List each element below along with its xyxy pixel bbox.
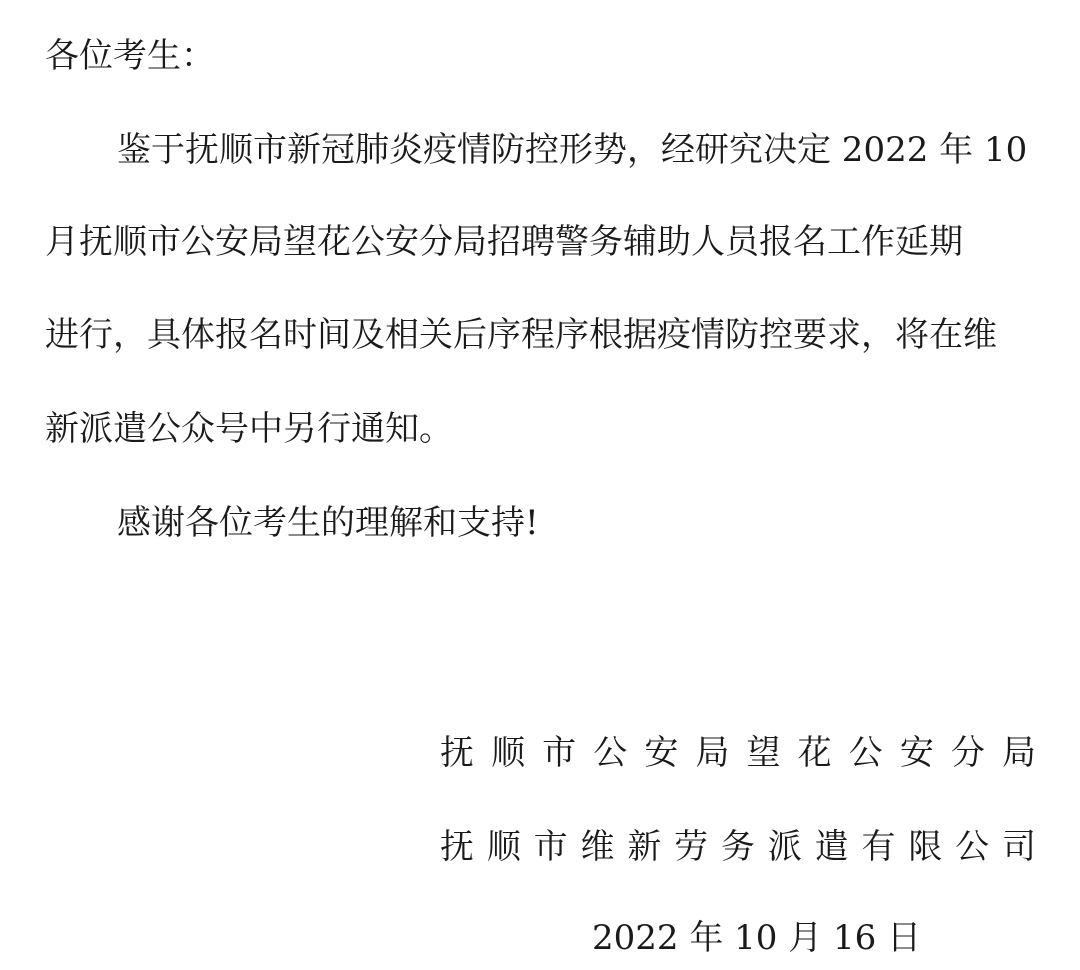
signature-org-company: 抚顺市维新劳务派遣有限公司 <box>440 827 1036 867</box>
paragraph-line: 月抚顺市公安局望花公安分局招聘警务辅助人员报名工作延期 <box>45 222 963 262</box>
paragraph-line: 进行，具体报名时间及相关后序程序根据疫情防控要求，将在维 <box>45 315 997 355</box>
paragraph-line: 新派遣公众号中另行通知。 <box>45 409 453 449</box>
salutation: 各位考生： <box>45 36 215 76</box>
signature-org-police: 抚顺市公安局望花公安分局 <box>440 733 1036 773</box>
signature-date: 2022 年 10 月 16 日 <box>592 918 921 958</box>
paragraph-line: 感谢各位考生的理解和支持! <box>117 503 539 543</box>
paragraph-line: 鉴于抚顺市新冠肺炎疫情防控形势，经研究决定 2022 年 10 <box>117 130 1027 170</box>
